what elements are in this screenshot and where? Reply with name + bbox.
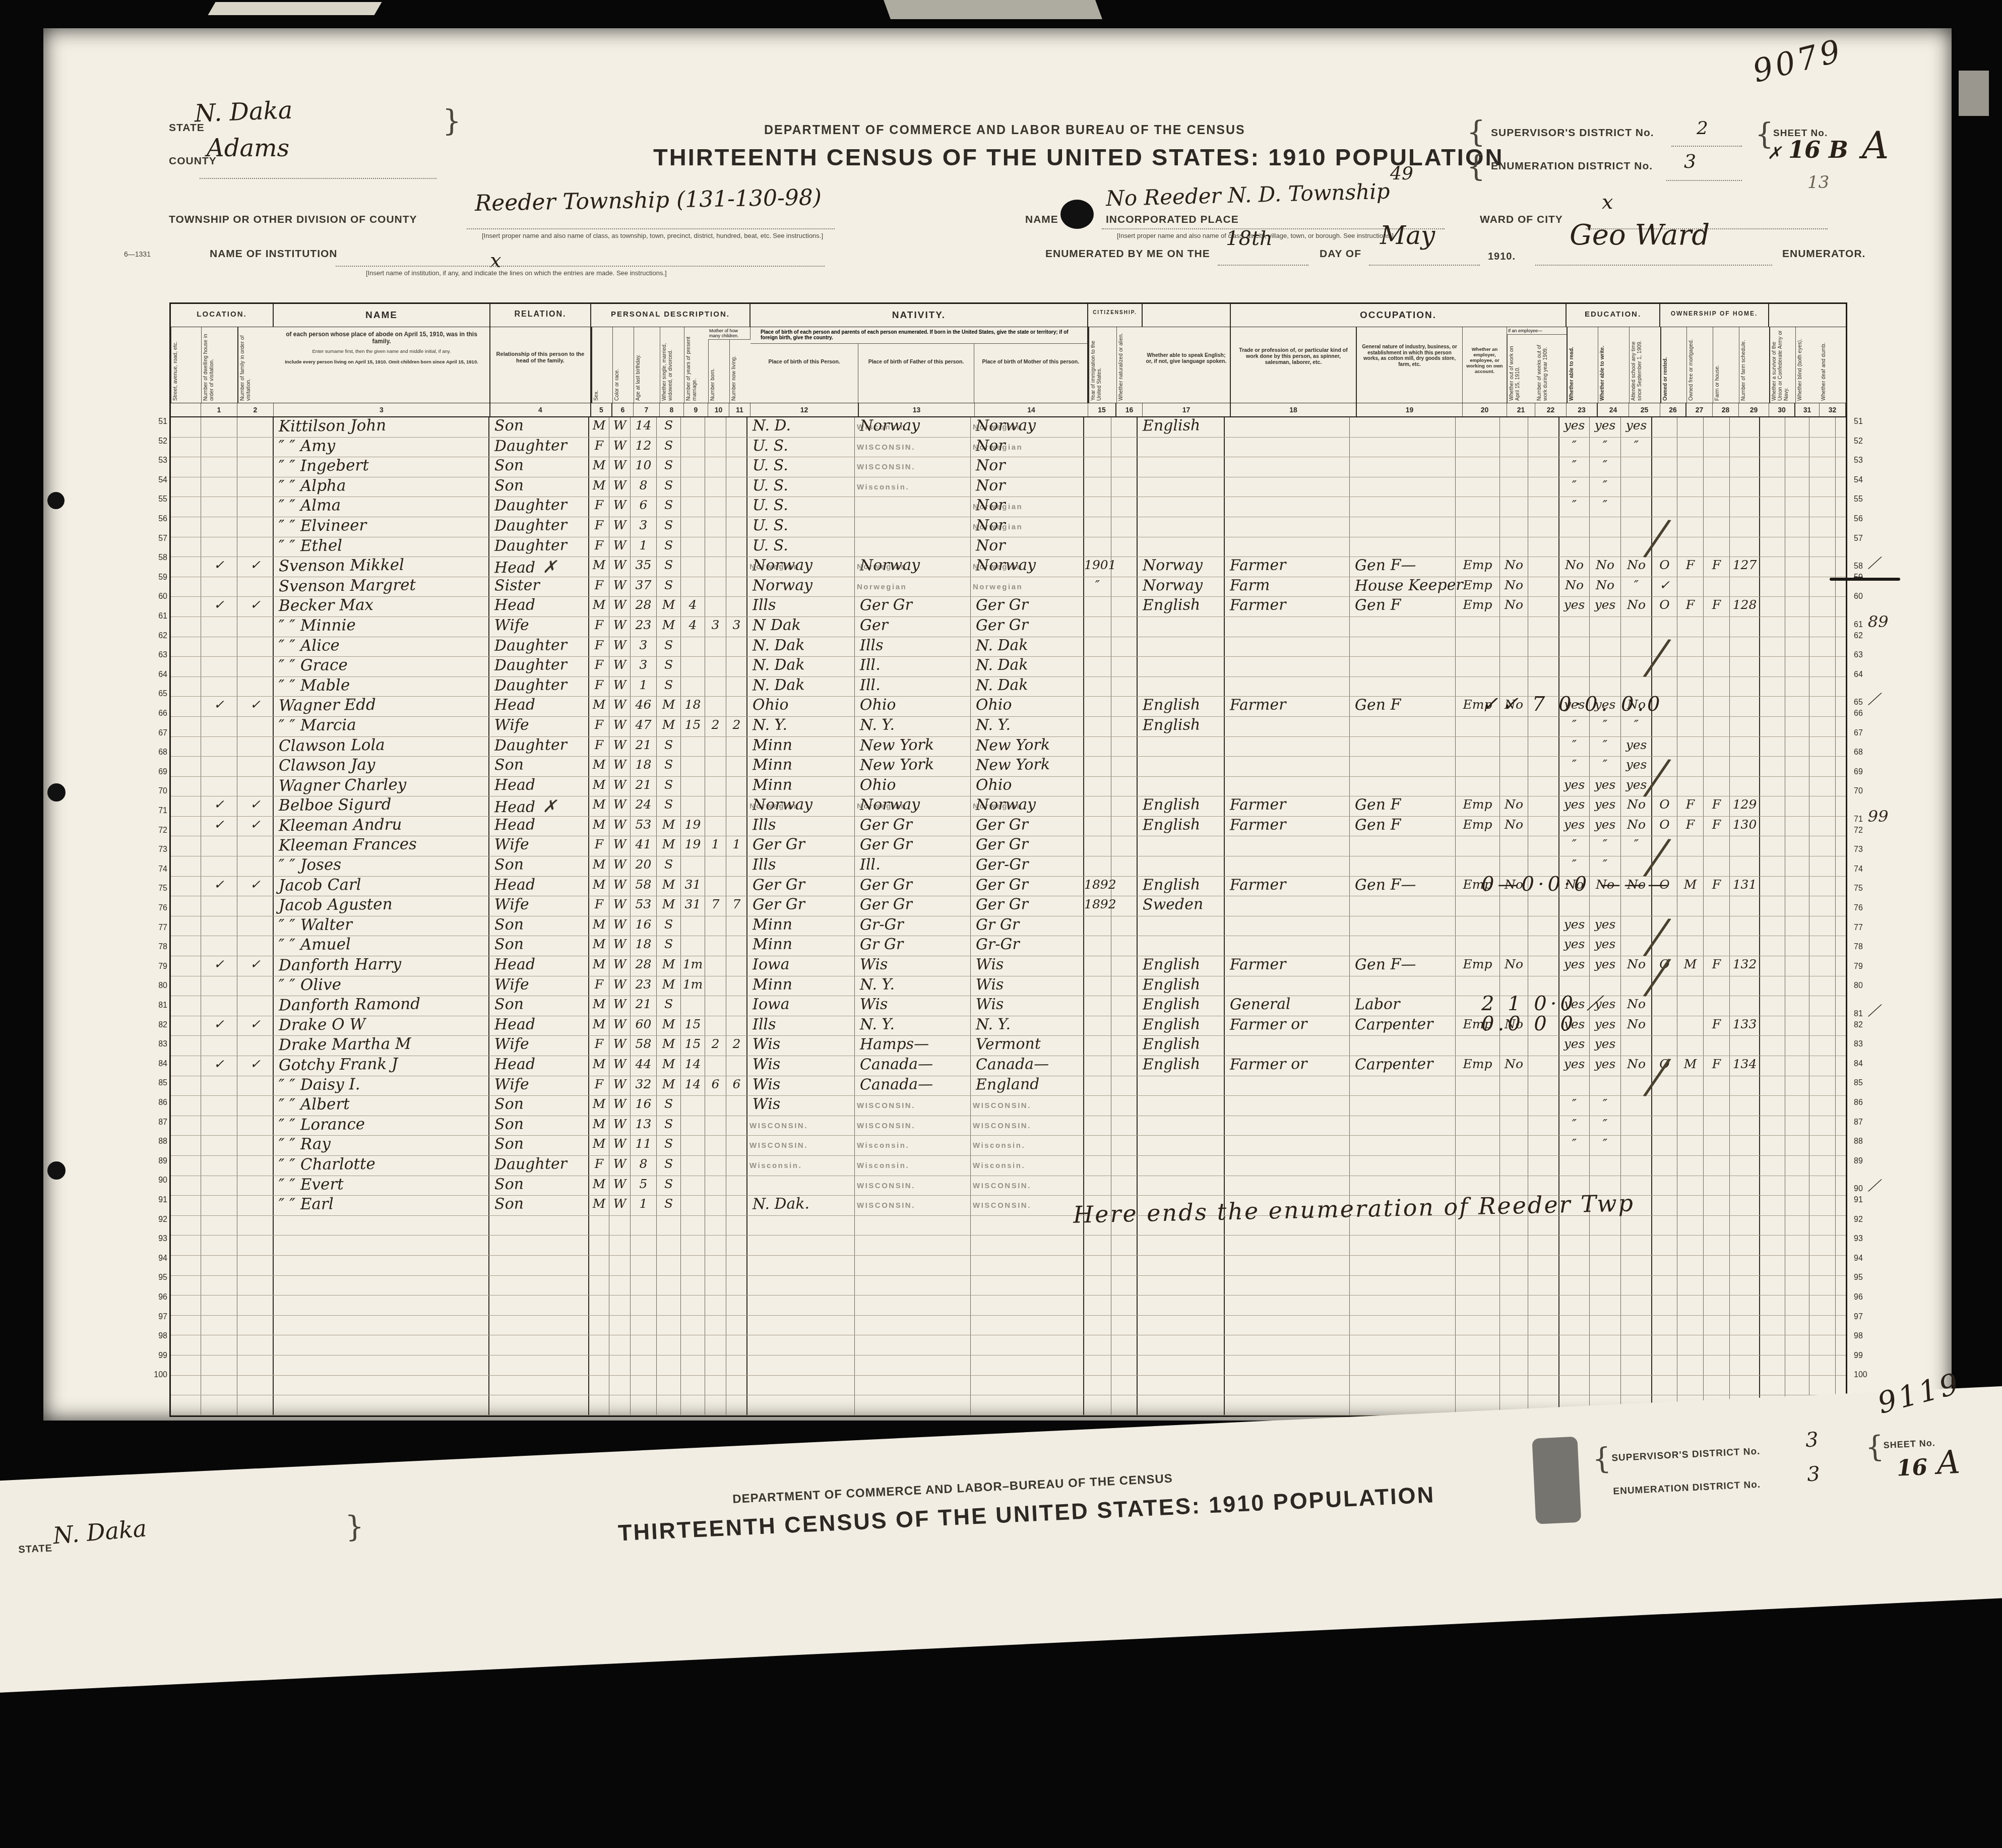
enumeration-district-value: 3 (1684, 150, 1696, 172)
table-cell: Nor (971, 477, 1084, 497)
handwritten-entry: ″ (1621, 717, 1652, 733)
table-cell: ″ ″ Walter (273, 916, 489, 936)
table-cell (1137, 677, 1225, 697)
table-cell: M (657, 617, 681, 637)
table-cell: 15 (681, 1016, 705, 1036)
handwritten-entry: Ger Gr (971, 896, 1028, 914)
table-cell: N. Dak (971, 637, 1084, 657)
handwritten-entry: M (657, 956, 680, 972)
table-cell: M (1677, 1056, 1704, 1076)
table-cell (1677, 417, 1704, 437)
table-cell (1500, 417, 1528, 437)
handwritten-entry: S (657, 1096, 680, 1112)
table-cell (971, 1276, 1084, 1296)
table-cell: ″ ″ Albert (273, 1096, 489, 1116)
table-cell: ″ (1590, 438, 1621, 457)
handwritten-entry: Becker Max (274, 596, 373, 614)
handwritten-entry: M (657, 597, 680, 613)
table-cell (1730, 1335, 1760, 1355)
handwritten-entry: ″ ″ Marcia (274, 716, 356, 734)
handwritten-entry: Clawson Lola (274, 736, 385, 754)
handwritten-entry: M (589, 1096, 609, 1112)
table-cell (1456, 417, 1500, 437)
table-cell (171, 617, 201, 637)
table-cell (1111, 817, 1138, 836)
table-cell: O (1651, 597, 1677, 617)
table-cell (1083, 1236, 1111, 1255)
table-cell: M (588, 457, 609, 477)
table-row: ″ ″ MarciaWifeFW47M1522N. Y.N. Y.N. Y.En… (171, 717, 1846, 737)
table-cell (681, 1116, 705, 1136)
row-number-left: 89 (127, 1157, 167, 1166)
handwritten-entry: M (657, 697, 680, 713)
table-cell: W (609, 1156, 631, 1176)
table-cell: Son (488, 417, 589, 437)
table-cell (1083, 1096, 1111, 1116)
table-cell (201, 1216, 237, 1236)
handwritten-entry: 3 (631, 517, 656, 533)
table-cell: WISCONSIN. (971, 1096, 1084, 1116)
table-cell (1528, 497, 1559, 517)
place-label-incorporated: INCORPORATED PLACE (1106, 214, 1239, 226)
table-cell (726, 1176, 747, 1196)
handwritten-entry: W (609, 737, 630, 753)
table-row: ✓✓Kleeman AndruHeadMW53M19IllsGer GrGer … (171, 817, 1846, 837)
table-cell (201, 1096, 237, 1116)
handwritten-entry: W (609, 757, 630, 773)
table-cell (1083, 477, 1111, 497)
place-49: 49 (1390, 163, 1413, 184)
table-cell (1083, 1156, 1111, 1176)
table-row (171, 1335, 1846, 1356)
table-cell (1677, 1196, 1704, 1215)
handwritten-entry: 12 (631, 438, 656, 454)
stamped-entry: WISCONSIN. (973, 1182, 1031, 1190)
table-cell: ✓ (201, 796, 237, 816)
table-cell: F (588, 617, 609, 637)
handwritten-entry: yes (1590, 1036, 1620, 1052)
table-cell (1785, 1156, 1809, 1176)
table-cell (1785, 836, 1809, 856)
col-school-label: Attended school any time since September… (1629, 327, 1660, 403)
table-cell: M (588, 956, 609, 976)
table-cell (1730, 477, 1760, 497)
table-cell (1704, 497, 1730, 517)
table-cell (171, 1376, 201, 1395)
handwritten-entry: W (609, 438, 630, 454)
table-cell: Son (488, 936, 589, 956)
table-row (171, 1256, 1846, 1276)
table-row: ″ ″ ElvineerDaughterFW3SU. S.NorNorwegia… (171, 517, 1846, 537)
table-cell (1677, 438, 1704, 457)
table-cell: No (1500, 597, 1528, 617)
handwritten-entry: M (657, 1016, 680, 1032)
handwritten-entry: 1892 (1084, 896, 1111, 912)
table-cell (746, 1236, 855, 1255)
col-years-married-label: Number of years of present marriage. (684, 327, 708, 403)
row-number-right: 72 (1854, 826, 1894, 835)
table-cell (588, 1276, 609, 1296)
table-row: ✓✓Danforth HarryHeadMW28M1mIowaWisWisEng… (171, 956, 1846, 976)
table-cell (237, 777, 274, 796)
handwritten-entry: 19 (681, 817, 705, 833)
row-number-left: 98 (127, 1332, 167, 1341)
table-cell (726, 1256, 747, 1275)
table-cell: W (609, 916, 631, 936)
handwritten-entry: yes (1590, 916, 1620, 933)
table-cell: Nor (971, 537, 1084, 557)
table-cell: W (609, 438, 631, 457)
table-cell (1456, 1096, 1500, 1116)
handwritten-entry: Ills (747, 1016, 776, 1034)
table-cell (273, 1356, 489, 1375)
table-cell (726, 1216, 747, 1236)
table-row: ″ ″ CharlotteDaughterFW8SWisconsin.Wisco… (171, 1156, 1846, 1176)
table-cell (1111, 477, 1138, 497)
table-cell (1500, 777, 1528, 796)
table-cell (726, 517, 747, 537)
table-cell (171, 637, 201, 657)
table-row: Kittilson JohnSonMW14SN. D.NorwayWiscons… (171, 417, 1846, 438)
table-cell: WISCONSIN. (746, 1116, 855, 1136)
table-cell (201, 657, 237, 676)
table-cell: ″ (1590, 737, 1621, 757)
table-cell (1809, 1236, 1836, 1255)
table-cell (855, 1256, 971, 1275)
row-number-left: 90 (127, 1176, 167, 1185)
table-cell (746, 1296, 855, 1315)
handwritten-entry: No (1500, 1056, 1528, 1072)
table-cell (1528, 757, 1559, 776)
department-line: DEPARTMENT OF COMMERCE AND LABOR BUREAU … (764, 123, 1245, 138)
col-marital-label: Whether single, married, widowed, or div… (660, 327, 684, 403)
col-farm-label: Farm or house. (1713, 327, 1739, 403)
table-row: ″ ″ Daisy I.WifeFW32M1466WisCanada—Engla… (171, 1076, 1846, 1096)
table-cell (1083, 777, 1111, 796)
table-cell: Labor (1350, 996, 1456, 1016)
table-cell (237, 1356, 274, 1375)
table-cell (657, 1395, 681, 1415)
row-number-right: 56 (1854, 515, 1894, 524)
table-cell (609, 1276, 631, 1296)
handwritten-entry: Carpenter (1350, 1016, 1433, 1034)
table-cell (1528, 557, 1559, 577)
handwritten-entry: Wis (971, 956, 1004, 974)
table-cell: F (588, 836, 609, 856)
signature-rule (1535, 264, 1772, 266)
table-cell: Daughter (488, 677, 589, 697)
handwritten-entry: W (609, 657, 630, 673)
table-cell (726, 757, 747, 776)
table-cell: W (609, 657, 631, 676)
table-cell (1137, 737, 1225, 757)
table-row: ✓✓Wagner EddHeadMW46M18OhioOhioOhioEngli… (171, 697, 1846, 717)
handwritten-entry: 23 (631, 617, 656, 633)
column-label-band: Street, avenue, road, etc. Number of dwe… (171, 327, 1846, 403)
handwritten-entry: Wife (489, 716, 529, 734)
row-number-left: 57 (127, 534, 167, 543)
table-cell (681, 777, 705, 796)
handwritten-entry: No (1621, 796, 1652, 813)
handwritten-entry: Minn (747, 757, 792, 774)
handwritten-entry: ″ ″ Alice (274, 637, 340, 654)
table-cell (1224, 417, 1350, 437)
table-cell (1224, 477, 1350, 497)
table-cell (855, 537, 971, 557)
table-cell (237, 996, 274, 1016)
table-cell: Son (488, 996, 589, 1016)
handwritten-entry: Wis (747, 1036, 781, 1054)
table-cell: ″ ″ Charlotte (273, 1156, 489, 1176)
table-cell: M (588, 1116, 609, 1136)
table-cell (1730, 1176, 1760, 1196)
table-cell (1456, 836, 1500, 856)
table-cell (201, 477, 237, 497)
table-cell (705, 657, 726, 676)
handwritten-entry: N. Dak (971, 637, 1028, 654)
handwritten-entry: yes (1621, 417, 1652, 434)
table-cell: Head✗ (488, 796, 589, 816)
table-cell (1809, 896, 1836, 916)
table-cell (588, 1356, 609, 1375)
table-cell (855, 1395, 971, 1415)
table-cell (726, 1356, 747, 1375)
handwritten-entry: 2 (726, 717, 747, 733)
bottom-supervisors-label: SUPERVISOR'S DISTRICT No. (1611, 1446, 1761, 1464)
handwritten-entry: N Dak (747, 617, 801, 634)
table-row (171, 1376, 1846, 1396)
column-number: 17 (1143, 403, 1231, 416)
table-cell: 15 (681, 1036, 705, 1056)
table-cell (726, 877, 747, 896)
table-cell (1528, 1136, 1559, 1155)
row-number-right: 76 (1854, 904, 1894, 913)
handwritten-entry: M (657, 617, 680, 633)
handwritten-entry: M (657, 896, 680, 912)
table-row: ″ ″ AmyDaughterFW12SU. S.WISCONSIN.NorNo… (171, 438, 1846, 458)
table-cell (1785, 1276, 1809, 1296)
table-cell: Head (488, 1056, 589, 1076)
handwritten-entry: ″ ″ Albert (274, 1095, 350, 1114)
table-cell (1677, 896, 1704, 916)
handwritten-entry: No (1500, 817, 1528, 833)
handwritten-entry: W (609, 836, 630, 852)
table-cell: ″ (1621, 577, 1652, 597)
table-cell (1528, 657, 1559, 676)
stamped-entry: WISCONSIN. (973, 1101, 1031, 1110)
group-blank-17 (1143, 304, 1231, 327)
table-row: Clawson LolaDaughterFW21SMinnNew YorkNew… (171, 737, 1846, 757)
table-cell: ″ (1558, 737, 1590, 757)
table-cell: 3 (631, 637, 657, 657)
handwritten-entry: yes (1590, 956, 1620, 972)
group-personal: PERSONAL DESCRIPTION. (591, 304, 750, 327)
table-cell: English (1137, 976, 1225, 996)
stamped-entry: Wisconsin. (857, 1161, 909, 1170)
table-cell: Wis (855, 996, 971, 1016)
handwritten-entry: Norway (747, 796, 813, 814)
handwritten-entry: Nor (971, 457, 1006, 475)
table-cell: F (1704, 597, 1730, 617)
row-number-left: 99 (127, 1351, 167, 1361)
table-cell: Farmer (1224, 597, 1350, 617)
table-cell: W (609, 1056, 631, 1076)
table-row (171, 1316, 1846, 1336)
handwritten-entry: ″ (1590, 497, 1620, 513)
table-cell: NorwayNorwegian (971, 417, 1084, 437)
table-cell (171, 457, 201, 477)
row-number-left: 73 (127, 845, 167, 854)
table-cell (1111, 1335, 1138, 1355)
table-cell: Head (488, 1016, 589, 1036)
table-cell (705, 817, 726, 836)
table-cell: yes (1590, 1056, 1621, 1076)
handwritten-entry: Ger Gr (855, 597, 912, 614)
table-cell: Ger Gr (971, 877, 1084, 896)
handwritten-entry: W (609, 896, 630, 912)
table-cell (201, 1116, 237, 1136)
table-cell (1224, 1296, 1350, 1315)
table-cell (1350, 497, 1456, 517)
handwritten-entry: yes (1559, 956, 1589, 972)
table-cell: 37 (631, 577, 657, 597)
table-cell (1111, 517, 1138, 537)
table-cell (1224, 976, 1350, 996)
row-number-right: 84 (1854, 1060, 1894, 1069)
handwritten-entry: ✓ (201, 1016, 237, 1032)
table-cell (171, 877, 201, 896)
table-cell (681, 1356, 705, 1375)
table-cell (201, 417, 237, 437)
handwritten-entry: 15 (681, 717, 705, 733)
table-cell (1704, 1296, 1730, 1315)
row-number-left: 72 (127, 826, 167, 835)
table-cell: Ill. (855, 677, 971, 697)
row-number-right: 62 (1854, 632, 1894, 641)
county-rule (200, 177, 436, 179)
table-cell (1704, 777, 1730, 796)
stamped-entry: WISCONSIN. (857, 1182, 915, 1190)
handwritten-entry: Norway (971, 557, 1036, 574)
table-cell (705, 477, 726, 497)
township-value: Reeder Township (131-130-98) (475, 184, 822, 216)
table-cell (1785, 537, 1809, 557)
handwritten-entry: W (609, 1136, 630, 1152)
table-cell (1704, 1196, 1730, 1215)
table-cell (609, 1316, 631, 1335)
table-cell: 53 (631, 817, 657, 836)
handwritten-entry: 11 (631, 1136, 656, 1152)
bottom-ed-value: 3 (1806, 1462, 1821, 1486)
handwritten-entry: Ger Gr (855, 896, 912, 914)
table-cell (237, 717, 274, 736)
table-cell (726, 637, 747, 657)
table-cell (609, 1335, 631, 1355)
table-cell (201, 577, 237, 597)
table-cell: 31 (681, 896, 705, 916)
handwritten-entry: 58 (631, 877, 656, 893)
table-cell (1083, 856, 1111, 876)
table-cell (1704, 1376, 1730, 1395)
table-cell: yes (1590, 936, 1621, 956)
row-number-right: 93 (1854, 1235, 1894, 1244)
handwritten-entry: English (1138, 996, 1201, 1014)
margin-note: ⟋ (1868, 1176, 1879, 1195)
handwritten-entry: 1 (631, 677, 656, 693)
col-children-living-label: Number now living. (729, 340, 750, 403)
handwritten-entry: Wife (489, 896, 529, 914)
table-row (171, 1276, 1846, 1296)
handwritten-entry: 31 (681, 877, 705, 893)
table-cell (201, 737, 237, 757)
handwritten-entry: S (657, 677, 680, 693)
table-cell (705, 1376, 726, 1395)
table-cell: M (588, 796, 609, 816)
handwritten-entry: U. S. (747, 457, 788, 475)
table-cell: ″ ″ Amuel (273, 936, 489, 956)
handwritten-entry: W (609, 577, 630, 593)
table-cell: No (1500, 557, 1528, 577)
township-note: [Insert proper name and also name of cla… (482, 232, 823, 239)
handwritten-entry: Danforth Harry (274, 956, 402, 974)
table-cell (1651, 1276, 1677, 1296)
table-cell (746, 1395, 855, 1415)
table-cell (1350, 1096, 1456, 1116)
handwritten-entry: 5 (631, 1176, 656, 1192)
table-cell: W (609, 537, 631, 557)
table-cell (1224, 936, 1350, 956)
handwritten-entry: M (589, 597, 609, 613)
table-cell: Gen F (1350, 796, 1456, 816)
table-cell (1809, 1376, 1836, 1395)
table-cell (726, 497, 747, 517)
handwritten-entry: ″ ″ Alpha (274, 477, 346, 495)
row-number-right: 88 (1854, 1137, 1894, 1146)
handwritten-entry: Farmer or (1225, 1016, 1307, 1034)
institution-label: NAME OF INSTITUTION (210, 248, 338, 260)
table-cell (1809, 1036, 1836, 1056)
table-cell (1083, 1296, 1111, 1315)
table-cell: S (657, 796, 681, 816)
table-cell (726, 677, 747, 697)
table-cell: M (657, 817, 681, 836)
table-cell (1809, 1296, 1836, 1315)
table-cell (201, 717, 237, 736)
table-cell (171, 577, 201, 597)
table-cell (1590, 1076, 1621, 1096)
table-cell (1759, 1136, 1785, 1155)
handwritten-entry: 18 (631, 757, 656, 773)
row-number-right: 70 (1854, 787, 1894, 796)
handwritten-entry: yes (1590, 936, 1620, 952)
handwritten-entry: ″ ″ Ingebert (274, 457, 369, 475)
table-cell (971, 1236, 1084, 1255)
table-cell: ″ (1558, 457, 1590, 477)
table-cell: Gen F— (1350, 557, 1456, 577)
table-cell: M (588, 597, 609, 617)
table-cell (1558, 1316, 1590, 1335)
table-cell: Ger (855, 617, 971, 637)
table-cell: N. Y. (971, 717, 1084, 736)
handwritten-entry: Kleeman Frances (274, 836, 417, 854)
table-cell (171, 597, 201, 617)
table-cell (1809, 1176, 1836, 1196)
table-cell (1809, 1216, 1836, 1236)
table-cell (1730, 936, 1760, 956)
table-cell (171, 1016, 201, 1036)
table-cell: 129 (1730, 796, 1760, 816)
table-cell (1730, 1236, 1760, 1255)
